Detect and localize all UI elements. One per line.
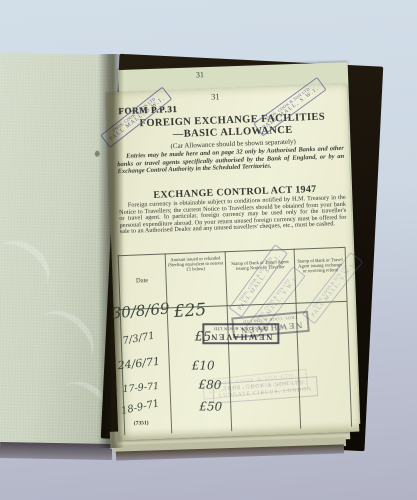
- page-bottom-shadow: [0, 442, 112, 460]
- entry-amount: £10: [192, 359, 215, 373]
- table-col-rule: [165, 253, 173, 433]
- entry-date: 17-9-71: [122, 381, 159, 395]
- entry-date: 30/8/69: [111, 299, 170, 322]
- watermark-stroke: [24, 299, 105, 379]
- act-paragraph: Foreign currency is obtainable subject t…: [119, 195, 347, 236]
- newhaven-stamp: NEWHAVEN THOS. COOK & SON LTD: [203, 324, 280, 345]
- entry-date: 24/6/71: [117, 355, 161, 372]
- left-page: [0, 53, 115, 449]
- entry-amount: £25: [173, 300, 207, 322]
- back-page-number: 31: [196, 70, 204, 79]
- form-print-code: (7351): [134, 420, 149, 427]
- col-header-date: Date: [120, 277, 165, 286]
- entry-date: 18-9-71: [120, 398, 160, 417]
- ink-speck: [95, 151, 100, 157]
- table-top-rule: [118, 247, 345, 256]
- entry-date: 7/3/71: [122, 331, 156, 347]
- passport-form-page: 31 FORM P.P.31 FOREIGN EXCHANGE FACILITI…: [106, 84, 360, 441]
- watermark-stroke: [0, 230, 60, 304]
- passport-photo-scene: 31 31 FORM P.P.31 FOREIGN EXCHANGE FACIL…: [0, 0, 417, 500]
- stamp-line: NEWHAVEN: [210, 332, 273, 342]
- col-header-amount: Amount issued or refunded (Sterling equi…: [167, 255, 225, 273]
- stamp-line: THOS. COOK & SON LTD: [210, 327, 273, 332]
